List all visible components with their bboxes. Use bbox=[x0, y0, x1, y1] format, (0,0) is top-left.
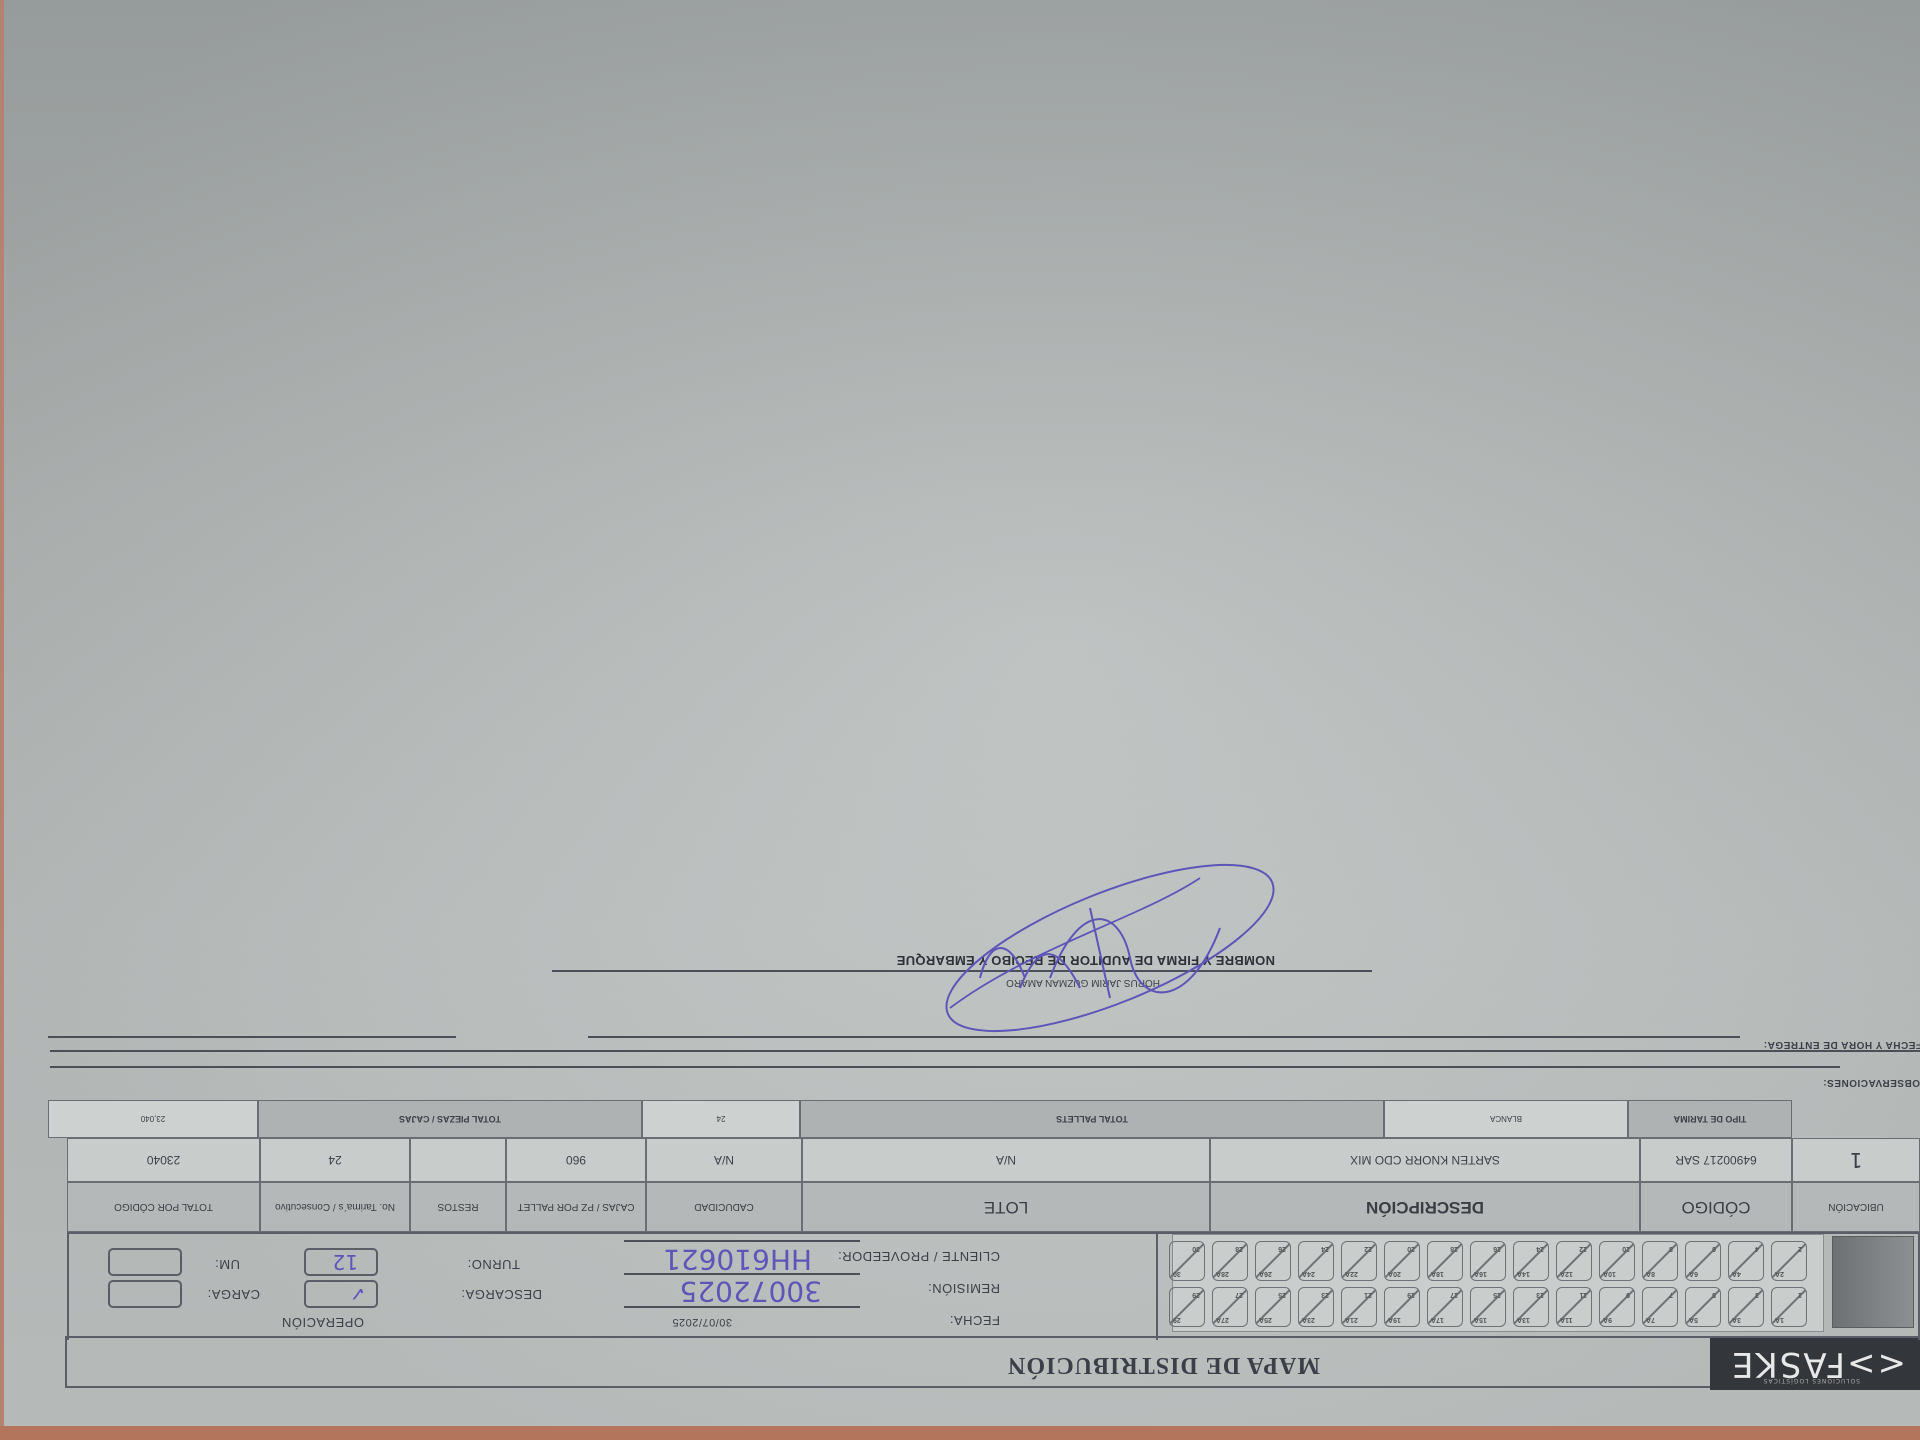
total-pallets-value: 24 bbox=[642, 1100, 800, 1138]
slot-sub-label: 30 bbox=[1173, 1270, 1181, 1277]
slot-sub-label: 27A bbox=[1216, 1316, 1229, 1323]
pallet-slot[interactable]: 10A10 bbox=[1599, 1241, 1635, 1281]
pallet-slot[interactable]: 9A9 bbox=[1599, 1287, 1635, 1327]
slot-number: 11 bbox=[1580, 1291, 1587, 1298]
turno-value: 12 bbox=[333, 1250, 358, 1274]
cell-restos bbox=[410, 1138, 506, 1182]
tipo-tarima-value: BLANCA bbox=[1384, 1100, 1628, 1138]
slot-number: 1 bbox=[1798, 1291, 1802, 1298]
pallet-slot[interactable]: 16A16 bbox=[1470, 1241, 1506, 1281]
pallet-slot[interactable]: 17A17 bbox=[1427, 1287, 1463, 1327]
turno-box[interactable]: 12 bbox=[304, 1248, 378, 1276]
slot-sub-label: 28A bbox=[1216, 1270, 1229, 1277]
slot-number: 30 bbox=[1192, 1245, 1200, 1252]
slot-sub-label: 6A bbox=[1689, 1270, 1698, 1277]
cell-codigo: 64900217 SAR bbox=[1640, 1138, 1792, 1182]
fecha-value[interactable]: 30/07/2025 bbox=[672, 1316, 732, 1328]
brand-tagline: SOLUCIONES LOGÍSTICAS bbox=[1763, 1377, 1860, 1384]
slot-sub-label: 5A bbox=[1689, 1316, 1698, 1323]
slot-sub-label: 25A bbox=[1259, 1316, 1272, 1323]
slot-sub-label: 1A bbox=[1775, 1316, 1784, 1323]
document-title: MAPA DE DISTRIBUCIÓN bbox=[1007, 1351, 1320, 1378]
slot-number: 18 bbox=[1450, 1245, 1458, 1252]
pallet-slot[interactable]: 3A3 bbox=[1728, 1287, 1764, 1327]
pallet-slot[interactable]: 3030 bbox=[1169, 1241, 1205, 1281]
descarga-check: ✓ bbox=[349, 1282, 366, 1306]
slot-number: 10 bbox=[1622, 1245, 1630, 1252]
cell-total-por-codigo: 23040 bbox=[67, 1138, 260, 1182]
pallet-slot[interactable]: 12A12 bbox=[1556, 1241, 1592, 1281]
pallet-slot[interactable]: 15A15 bbox=[1470, 1287, 1506, 1327]
slot-number: 21 bbox=[1364, 1291, 1372, 1298]
slot-sub-label: 13A bbox=[1517, 1316, 1530, 1323]
slot-sub-label: 20A bbox=[1388, 1270, 1401, 1277]
truck-image bbox=[1832, 1236, 1914, 1328]
fecha-entrega-label: FECHA Y HORA DE ENTREGA: bbox=[1763, 1039, 1920, 1050]
slot-sub-label: 8A bbox=[1646, 1270, 1655, 1277]
pallet-slot[interactable]: 2929 bbox=[1169, 1287, 1205, 1327]
col-restos: RESTOS bbox=[410, 1182, 506, 1232]
slot-number: 23 bbox=[1321, 1291, 1329, 1298]
slot-sub-label: 23A bbox=[1302, 1316, 1315, 1323]
slot-sub-label: 21A bbox=[1345, 1316, 1358, 1323]
slot-sub-label: 11A bbox=[1560, 1316, 1572, 1323]
slot-sub-label: 7A bbox=[1646, 1316, 1655, 1323]
cliente-label: CLIENTE / PROVEEDOR: bbox=[838, 1249, 1000, 1264]
um-box[interactable] bbox=[108, 1248, 182, 1276]
distribution-map-form: <>FASKE SOLUCIONES LOGÍSTICAS MAPA DE DI… bbox=[52, 890, 1920, 1388]
tipo-tarima-label: TIPO DE TARIMA bbox=[1628, 1100, 1792, 1138]
slot-sub-label: 10A bbox=[1603, 1270, 1616, 1277]
remision-label: REMISIÓN: bbox=[928, 1281, 1000, 1296]
cliente-underline bbox=[624, 1240, 860, 1242]
slot-sub-label: 14A bbox=[1517, 1270, 1530, 1277]
slot-number: 20 bbox=[1407, 1245, 1415, 1252]
pallet-slot[interactable]: 6A6 bbox=[1685, 1241, 1721, 1281]
summary-row: TIPO DE TARIMA BLANCA TOTAL PALLETS 24 T… bbox=[67, 1098, 1920, 1138]
col-cajas-pz-por-pallet: CAJAS / PZ POR PALLET bbox=[506, 1182, 646, 1232]
slot-number: 13 bbox=[1536, 1291, 1544, 1298]
desk-surface bbox=[0, 1426, 1920, 1440]
total-pallets-label: TOTAL PALLETS bbox=[800, 1100, 1384, 1138]
total-piezas-value: 23,040 bbox=[48, 1100, 258, 1138]
slot-number: 24 bbox=[1321, 1245, 1329, 1252]
slot-number: 19 bbox=[1407, 1291, 1415, 1298]
pallet-slot[interactable]: 2A2 bbox=[1771, 1241, 1807, 1281]
col-total-por-codigo: TOTAL POR CÓDIGO bbox=[67, 1182, 260, 1232]
descarga-box[interactable]: ✓ bbox=[304, 1280, 378, 1308]
fecha-label: FECHA: bbox=[949, 1313, 1000, 1328]
slot-number: 16 bbox=[1493, 1245, 1501, 1252]
col-codigo: CÓDIGO bbox=[1640, 1182, 1792, 1232]
pallet-slot[interactable]: 28A28 bbox=[1212, 1241, 1248, 1281]
cliente-value[interactable]: HH610621 bbox=[663, 1243, 812, 1276]
table-row: 1 64900217 SAR SARTEN KNORR CDO MIX N/A … bbox=[67, 1138, 1920, 1182]
col-caducidad: CADUCIDAD bbox=[646, 1182, 802, 1232]
pallet-slot[interactable]: 21A21 bbox=[1341, 1287, 1377, 1327]
slot-number: 9 bbox=[1626, 1291, 1630, 1298]
col-no-tarimas: No. Tarima´s / Consecutivo bbox=[260, 1182, 410, 1232]
pallet-slot[interactable]: 20A20 bbox=[1384, 1241, 1420, 1281]
pallet-slot[interactable]: 4A4 bbox=[1728, 1241, 1764, 1281]
cell-no-tarimas: 24 bbox=[260, 1138, 410, 1182]
slot-number: 29 bbox=[1192, 1291, 1200, 1298]
cell-caducidad: N/A bbox=[646, 1138, 802, 1182]
pallet-slot[interactable]: 23A23 bbox=[1298, 1287, 1334, 1327]
slot-sub-label: 24A bbox=[1302, 1270, 1315, 1277]
header-divider bbox=[1156, 1232, 1158, 1340]
pallet-slot[interactable]: 7A7 bbox=[1642, 1287, 1678, 1327]
slot-number: 6 bbox=[1712, 1245, 1716, 1252]
operacion-label: OPERACIÓN bbox=[281, 1315, 364, 1330]
pallet-slot[interactable]: 13A13 bbox=[1513, 1287, 1549, 1327]
cell-descripcion: SARTEN KNORR CDO MIX bbox=[1210, 1138, 1640, 1182]
total-piezas-label: TOTAL PIEZAS / CAJAS bbox=[258, 1100, 642, 1138]
slot-number: 4 bbox=[1755, 1245, 1759, 1252]
desk-edge-left bbox=[0, 0, 4, 1426]
col-descripcion: DESCRIPCIÓN bbox=[1210, 1182, 1640, 1232]
col-ubicacion: UBICACIÓN bbox=[1792, 1182, 1920, 1232]
pallet-slot[interactable]: 19A19 bbox=[1384, 1287, 1420, 1327]
pallet-slot[interactable]: 18A18 bbox=[1427, 1241, 1463, 1281]
observaciones-label: OBSERVACIONES: bbox=[1823, 1077, 1920, 1088]
fecha-entrega-line-2 bbox=[48, 1037, 456, 1039]
pallet-slot[interactable]: 25A25 bbox=[1255, 1287, 1291, 1327]
slot-sub-label: 26A bbox=[1259, 1270, 1272, 1277]
title-band bbox=[65, 1336, 1920, 1388]
pallet-slot[interactable]: 24A24 bbox=[1298, 1241, 1334, 1281]
pallet-slot[interactable]: 27A27 bbox=[1212, 1287, 1248, 1327]
brand-logo: <>FASKE SOLUCIONES LOGÍSTICAS bbox=[1710, 1338, 1920, 1390]
col-lote: LOTE bbox=[802, 1182, 1210, 1232]
slot-sub-label: 16A bbox=[1474, 1270, 1487, 1277]
pallet-slot[interactable]: 22A22 bbox=[1341, 1241, 1377, 1281]
carga-label: CARGA: bbox=[207, 1287, 260, 1302]
slot-number: 28 bbox=[1235, 1245, 1243, 1252]
slot-sub-label: 15A bbox=[1474, 1316, 1487, 1323]
remision-value[interactable]: 30072025 bbox=[679, 1275, 822, 1308]
slot-sub-label: 29 bbox=[1173, 1316, 1181, 1323]
slot-number: 22 bbox=[1364, 1245, 1372, 1252]
turno-label: TURNO: bbox=[467, 1257, 520, 1272]
pallet-slot[interactable]: 14A14 bbox=[1513, 1241, 1549, 1281]
slot-sub-label: 2A bbox=[1775, 1270, 1784, 1277]
um-label: UM: bbox=[215, 1257, 240, 1272]
pallet-slot[interactable]: 26A26 bbox=[1255, 1241, 1291, 1281]
slot-number: 8 bbox=[1669, 1245, 1673, 1252]
pallet-slot[interactable]: 5A5 bbox=[1685, 1287, 1721, 1327]
pallet-map: 1A13A35A57A79A911A1113A1315A1517A1719A19… bbox=[1172, 1234, 1824, 1332]
table-header: UBICACIÓN CÓDIGO DESCRIPCIÓN LOTE CADUCI… bbox=[67, 1178, 1920, 1232]
pallet-slot[interactable]: 1A1 bbox=[1771, 1287, 1807, 1327]
slot-sub-label: 22A bbox=[1345, 1270, 1358, 1277]
slot-number: 14 bbox=[1536, 1245, 1544, 1252]
slot-number: 27 bbox=[1235, 1291, 1243, 1298]
slot-sub-label: 18A bbox=[1431, 1270, 1444, 1277]
slot-sub-label: 4A bbox=[1732, 1270, 1741, 1277]
slot-number: 15 bbox=[1493, 1291, 1501, 1298]
cell-lote: N/A bbox=[802, 1138, 1210, 1182]
slot-number: 5 bbox=[1712, 1291, 1716, 1298]
pallet-slot[interactable]: 8A8 bbox=[1642, 1241, 1678, 1281]
slot-sub-label: 3A bbox=[1732, 1316, 1741, 1323]
descarga-label: DESCARGA: bbox=[461, 1287, 542, 1302]
pallet-slot[interactable]: 11A11 bbox=[1556, 1287, 1592, 1327]
slot-number: 12 bbox=[1579, 1245, 1587, 1252]
carga-box[interactable] bbox=[108, 1280, 182, 1308]
slot-sub-label: 17A bbox=[1431, 1316, 1444, 1323]
slot-sub-label: 19A bbox=[1388, 1316, 1401, 1323]
signature-scribble bbox=[920, 828, 1280, 1068]
slot-number: 3 bbox=[1755, 1291, 1759, 1298]
slot-sub-label: 12A bbox=[1560, 1270, 1573, 1277]
slot-sub-label: 9A bbox=[1603, 1316, 1612, 1323]
slot-number: 2 bbox=[1798, 1245, 1802, 1252]
slot-number: 7 bbox=[1669, 1291, 1673, 1298]
slot-number: 17 bbox=[1450, 1291, 1458, 1298]
slot-number: 26 bbox=[1278, 1245, 1286, 1252]
slot-number: 25 bbox=[1278, 1291, 1286, 1298]
cell-cajas-pz: 960 bbox=[506, 1138, 646, 1182]
cell-ubicacion: 1 bbox=[1792, 1138, 1920, 1182]
